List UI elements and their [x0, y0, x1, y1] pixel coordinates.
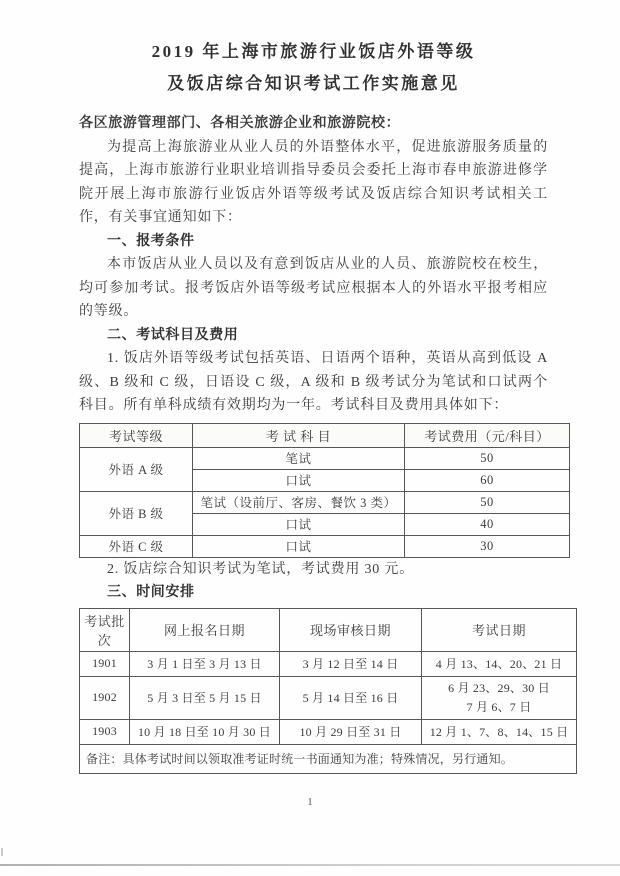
schedule-review: 10 月 29 日至 31 日 — [280, 719, 422, 744]
schedule-header-review: 现场审核日期 — [280, 608, 422, 651]
fee-header-subject: 考 试 科 目 — [193, 423, 405, 447]
table-row: 1902 5 月 3 日至 5 月 15 日 5 月 14 日至 16 日 6 … — [80, 676, 577, 719]
schedule-note: 备注：具体考试时间以领取准考证时统一书面通知为准；特殊情况，另行通知。 — [80, 744, 577, 773]
table-row: 备注：具体考试时间以领取准考证时统一书面通知为准；特殊情况，另行通知。 — [80, 744, 577, 773]
table-row: 外语 B 级 笔试（设前厅、客房、餐饮 3 类） 50 — [80, 491, 570, 513]
document-title-line-1: 2019 年上海市旅游行业饭店外语等级 — [79, 36, 548, 68]
section-2-heading: 二、考试科目及费用 — [79, 324, 548, 348]
exam-date-line-1: 6 月 23、29、30 日 — [425, 679, 573, 698]
schedule-registration: 5 月 3 日至 5 月 15 日 — [130, 676, 280, 719]
schedule-header-batch: 考试批次 — [80, 608, 130, 651]
fee-amount: 60 — [405, 469, 570, 491]
schedule-table-header-row: 考试批次 网上报名日期 现场审核日期 考试日期 — [80, 608, 577, 651]
fee-level-b: 外语 B 级 — [80, 491, 193, 535]
section-2-item-2: 2. 饭店综合知识考试为笔试，考试费用 30 元。 — [79, 558, 548, 582]
document-content: 2019 年上海市旅游行业饭店外语等级 及饭店综合知识考试工作实施意见 各区旅游… — [79, 36, 548, 774]
schedule-batch: 1902 — [80, 676, 130, 719]
schedule-batch: 1903 — [80, 719, 130, 744]
fee-table-header-row: 考试等级 考 试 科 目 考试费用（元/科目） — [80, 423, 570, 447]
schedule-registration: 10 月 18 日至 10 月 30 日 — [130, 719, 280, 744]
schedule-exam-date: 4 月 13、14、20、21 日 — [422, 651, 577, 676]
schedule-registration: 3 月 1 日至 3 月 13 日 — [130, 651, 280, 676]
table-row: 外语 A 级 笔试 50 — [80, 447, 570, 469]
fee-subject: 口试 — [193, 469, 405, 491]
scan-bottom-edge-line — [0, 864, 620, 866]
table-row: 外语 C 级 口试 30 — [80, 535, 570, 557]
schedule-exam-date: 12 月 1、7、8、14、15 日 — [422, 719, 577, 744]
fee-header-fee: 考试费用（元/科目） — [405, 423, 570, 447]
schedule-batch: 1901 — [80, 651, 130, 676]
fee-amount: 40 — [405, 513, 570, 535]
fee-amount: 50 — [405, 447, 570, 469]
fee-level-c: 外语 C 级 — [80, 535, 193, 557]
schedule-review: 3 月 12 日至 14 日 — [280, 651, 422, 676]
table-row: 1903 10 月 18 日至 10 月 30 日 10 月 29 日至 31 … — [80, 719, 577, 744]
exam-schedule-table: 考试批次 网上报名日期 现场审核日期 考试日期 1901 3 月 1 日至 3 … — [79, 608, 577, 774]
fee-amount: 30 — [405, 535, 570, 557]
section-2-item-1: 1. 饭店外语等级考试包括英语、日语两个语种，英语从高到低设 A 级、B 级和 … — [79, 347, 548, 418]
schedule-header-exam-date: 考试日期 — [422, 608, 577, 651]
scan-left-edge-smudge — [1, 848, 3, 856]
intro-paragraph: 为提高上海旅游业从业人员的外语整体水平，促进旅游服务质量的提高，上海市旅游行业职… — [79, 136, 548, 230]
exam-date-line-2: 7 月 6、7 日 — [425, 698, 573, 717]
section-1-body: 本市饭店从业人员以及有意到饭店从业的人员、旅游院校在校生，均可参加考试。报考饭店… — [79, 253, 548, 324]
fee-subject: 口试 — [193, 535, 405, 557]
fee-subject: 笔试（设前厅、客房、餐饮 3 类） — [193, 491, 405, 513]
schedule-header-registration: 网上报名日期 — [130, 608, 280, 651]
section-1-heading: 一、报考条件 — [79, 230, 548, 254]
schedule-exam-date: 6 月 23、29、30 日 7 月 6、7 日 — [422, 676, 577, 719]
fee-header-level: 考试等级 — [80, 423, 193, 447]
salutation: 各区旅游管理部门、各相关旅游企业和旅游院校： — [79, 112, 548, 136]
scanned-document-page: 2019 年上海市旅游行业饭店外语等级 及饭店综合知识考试工作实施意见 各区旅游… — [0, 0, 620, 876]
schedule-review: 5 月 14 日至 16 日 — [280, 676, 422, 719]
fee-subject: 口试 — [193, 513, 405, 535]
page-number: 1 — [0, 796, 620, 808]
document-title-line-2: 及饭店综合知识考试工作实施意见 — [79, 68, 548, 100]
fee-amount: 50 — [405, 491, 570, 513]
fee-subject: 笔试 — [193, 447, 405, 469]
exam-fee-table: 考试等级 考 试 科 目 考试费用（元/科目） 外语 A 级 笔试 50 口试 … — [79, 423, 570, 558]
fee-level-a: 外语 A 级 — [80, 447, 193, 491]
section-3-heading: 三、时间安排 — [79, 581, 548, 605]
table-row: 1901 3 月 1 日至 3 月 13 日 3 月 12 日至 14 日 4 … — [80, 651, 577, 676]
